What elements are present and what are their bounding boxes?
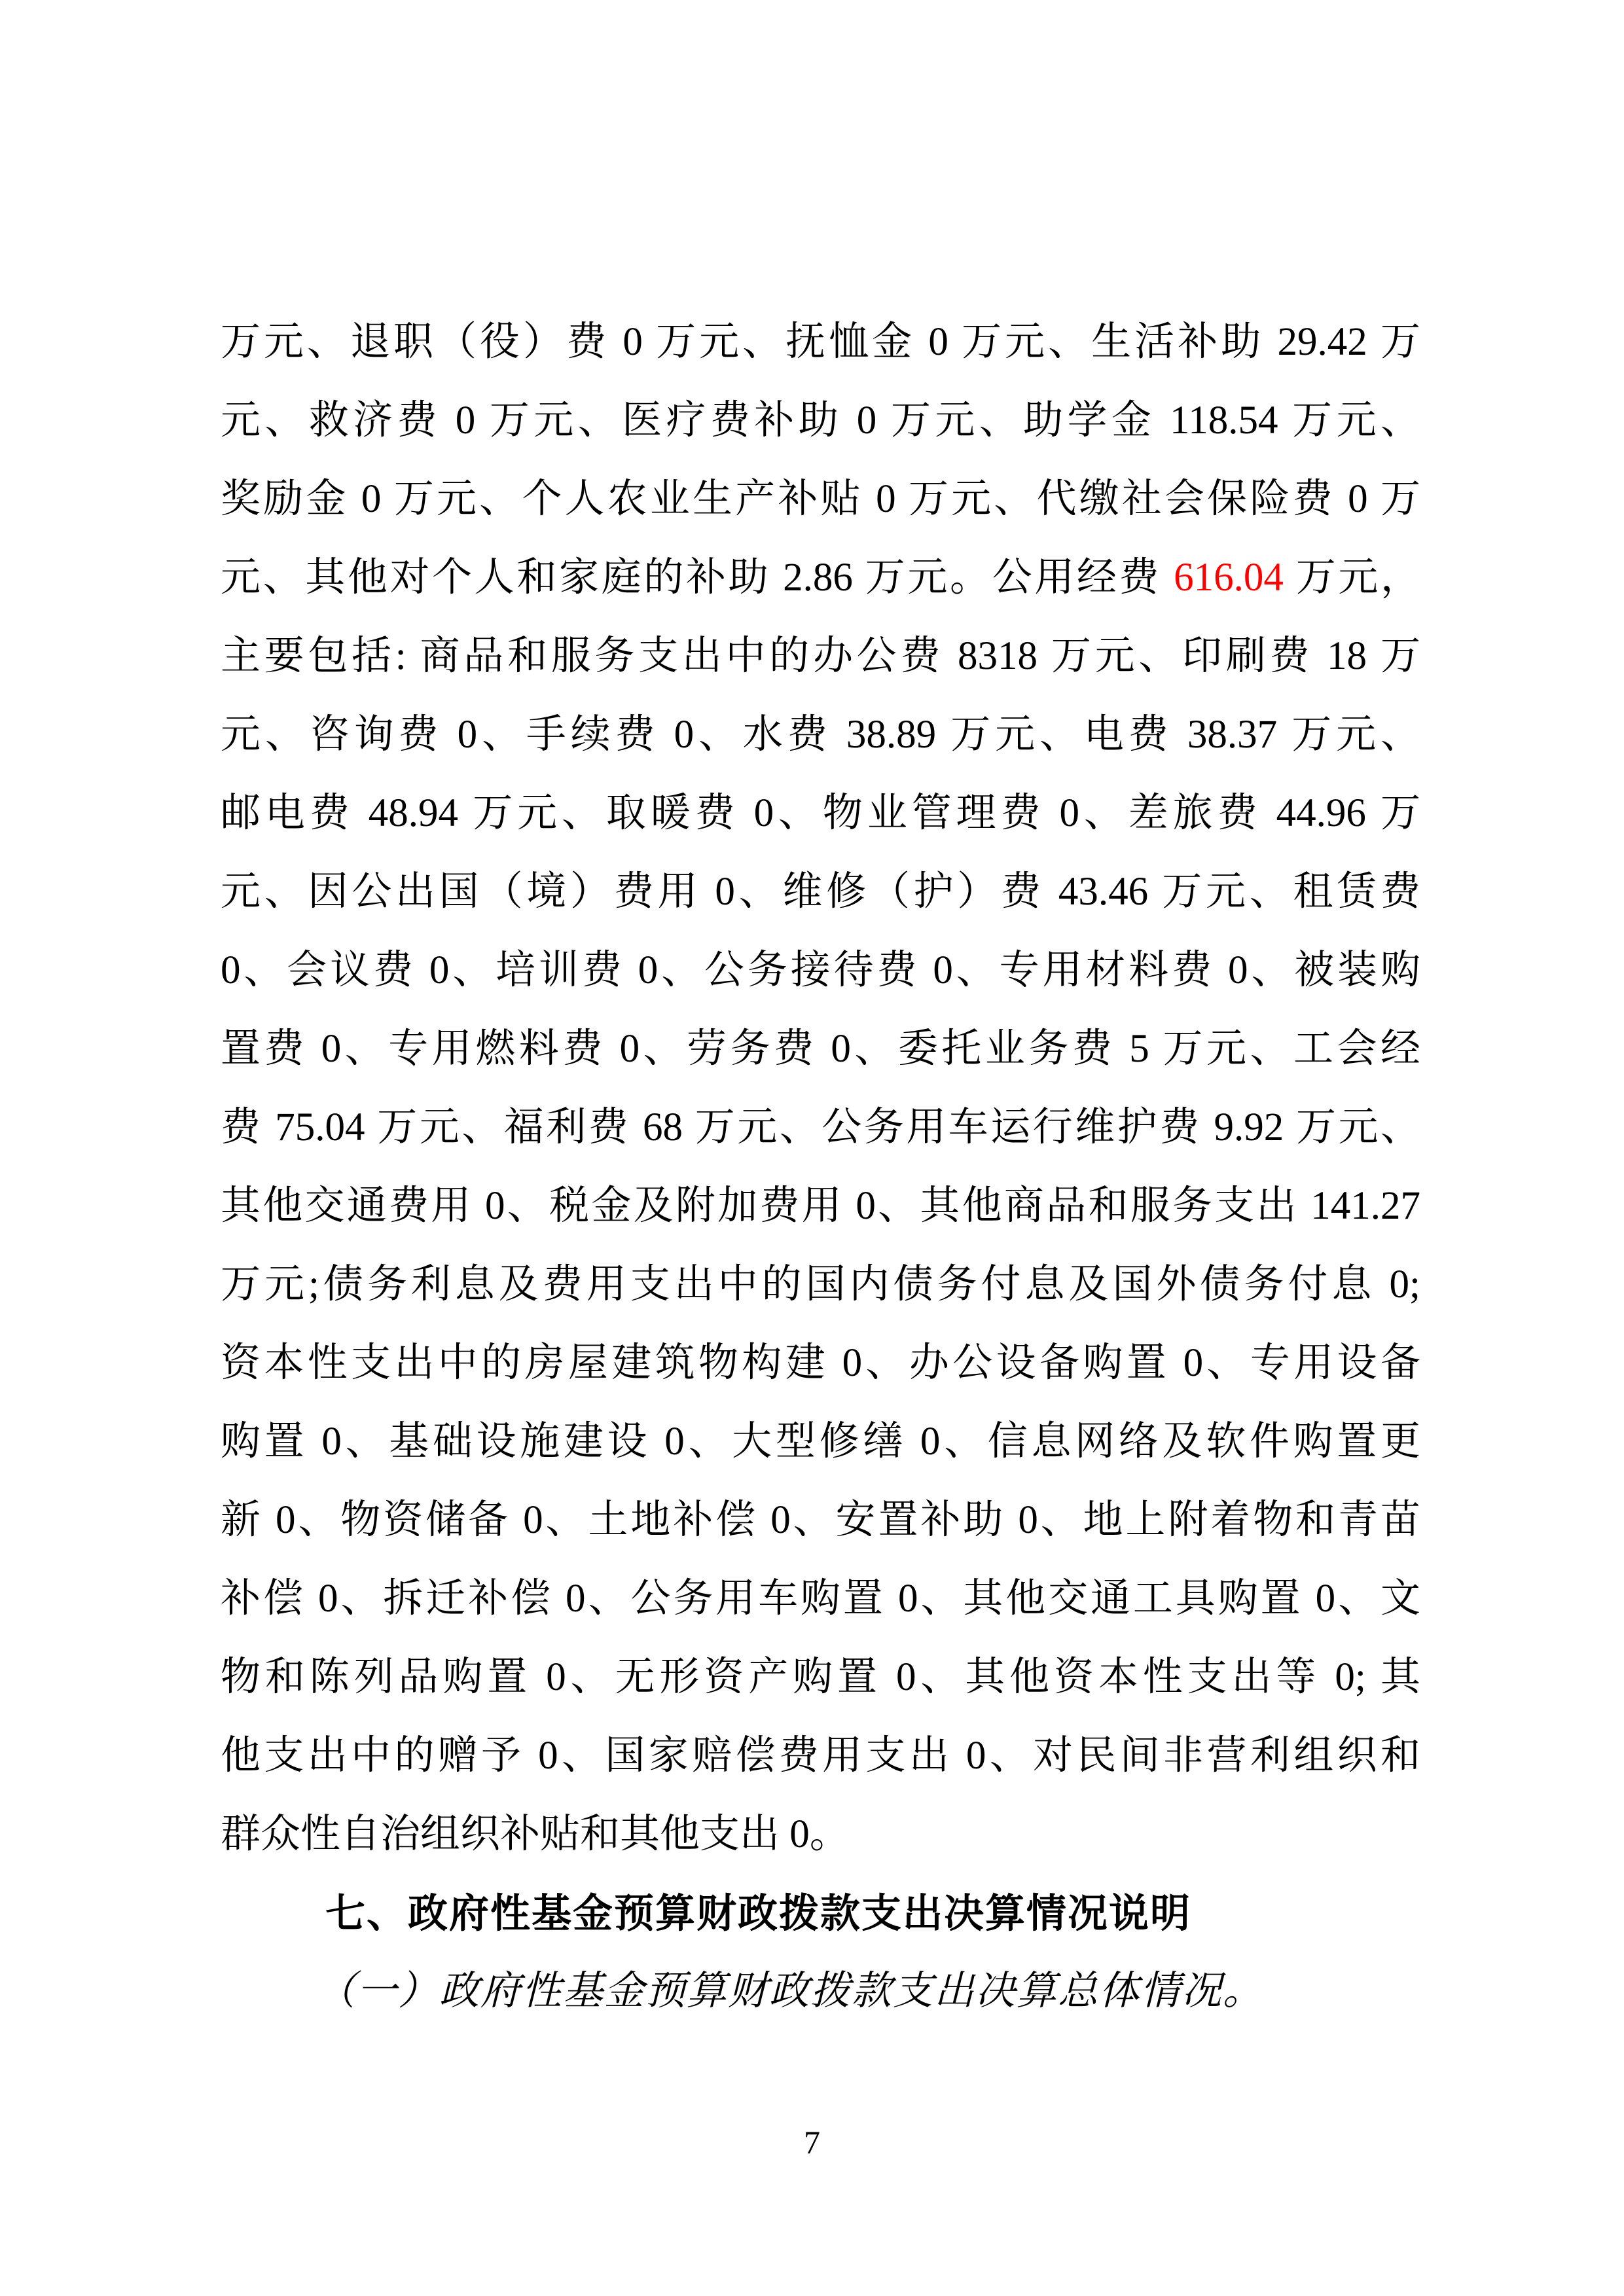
body-line: 置费 0、专用燃料费 0、劳务费 0、委托业务费 5 万元、工会经 <box>221 1010 1420 1088</box>
body-line: 元、救济费 0 万元、医疗费补助 0 万元、助学金 118.54 万元、 <box>221 382 1420 460</box>
body-line: 主要包括: 商品和服务支出中的办公费 8318 万元、印刷费 18 万 <box>221 617 1420 696</box>
body-line: 0、会议费 0、培训费 0、公务接待费 0、专用材料费 0、被装购 <box>221 931 1420 1010</box>
body-line: 万元、退职（役）费 0 万元、抚恤金 0 万元、生活补助 29.42 万 <box>221 303 1420 382</box>
body-line: 购置 0、基础设施建设 0、大型修缮 0、信息网络及软件购置更 <box>221 1403 1420 1481</box>
body-line: 补偿 0、拆迁补偿 0、公务用车购置 0、其他交通工具购置 0、文 <box>221 1560 1420 1638</box>
body-text-segment: 万元， <box>1284 556 1420 600</box>
body-line: 其他交通费用 0、税金及附加费用 0、其他商品和服务支出 141.27 <box>221 1167 1420 1246</box>
body-text-segment: 元、其他对个人和家庭的补助 2.86 万元。公用经费 <box>221 556 1174 600</box>
body-line: 元、其他对个人和家庭的补助 2.86 万元。公用经费 616.04 万元， <box>221 539 1420 617</box>
body-line: 他支出中的赠予 0、国家赔偿费用支出 0、对民间非营利组织和 <box>221 1717 1420 1795</box>
highlighted-amount: 616.04 <box>1174 556 1284 600</box>
body-line: 元、咨询费 0、手续费 0、水费 38.89 万元、电费 38.37 万元、 <box>221 696 1420 774</box>
body-line: 邮电费 48.94 万元、取暖费 0、物业管理费 0、差旅费 44.96 万 <box>221 774 1420 853</box>
body-line: 费 75.04 万元、福利费 68 万元、公务用车运行维护费 9.92 万元、 <box>221 1088 1420 1167</box>
body-line: 万元;债务利息及费用支出中的国内债务付息及国外债务付息 0; <box>221 1246 1420 1324</box>
body-line: 群众性自治组织补贴和其他支出 0。 <box>221 1795 1420 1874</box>
body-line: 新 0、物资储备 0、土地补偿 0、安置补助 0、地上附着物和青苗 <box>221 1481 1420 1560</box>
subsection-heading: （一）政府性基金预算财政拨款支出决算总体情况。 <box>221 1952 1420 2031</box>
document-body: 万元、退职（役）费 0 万元、抚恤金 0 万元、生活补助 29.42 万 元、救… <box>221 303 1420 2031</box>
body-line: 资本性支出中的房屋建筑物构建 0、办公设备购置 0、专用设备 <box>221 1324 1420 1403</box>
body-line: 奖励金 0 万元、个人农业生产补贴 0 万元、代缴社会保险费 0 万 <box>221 460 1420 539</box>
body-line: 物和陈列品购置 0、无形资产购置 0、其他资本性支出等 0; 其 <box>221 1638 1420 1717</box>
body-line: 元、因公出国（境）费用 0、维修（护）费 43.46 万元、租赁费 <box>221 853 1420 931</box>
document-page: 万元、退职（役）费 0 万元、抚恤金 0 万元、生活补助 29.42 万 元、救… <box>0 0 1624 2296</box>
page-number: 7 <box>0 2119 1624 2165</box>
section-heading: 七、政府性基金预算财政拨款支出决算情况说明 <box>221 1874 1420 1952</box>
